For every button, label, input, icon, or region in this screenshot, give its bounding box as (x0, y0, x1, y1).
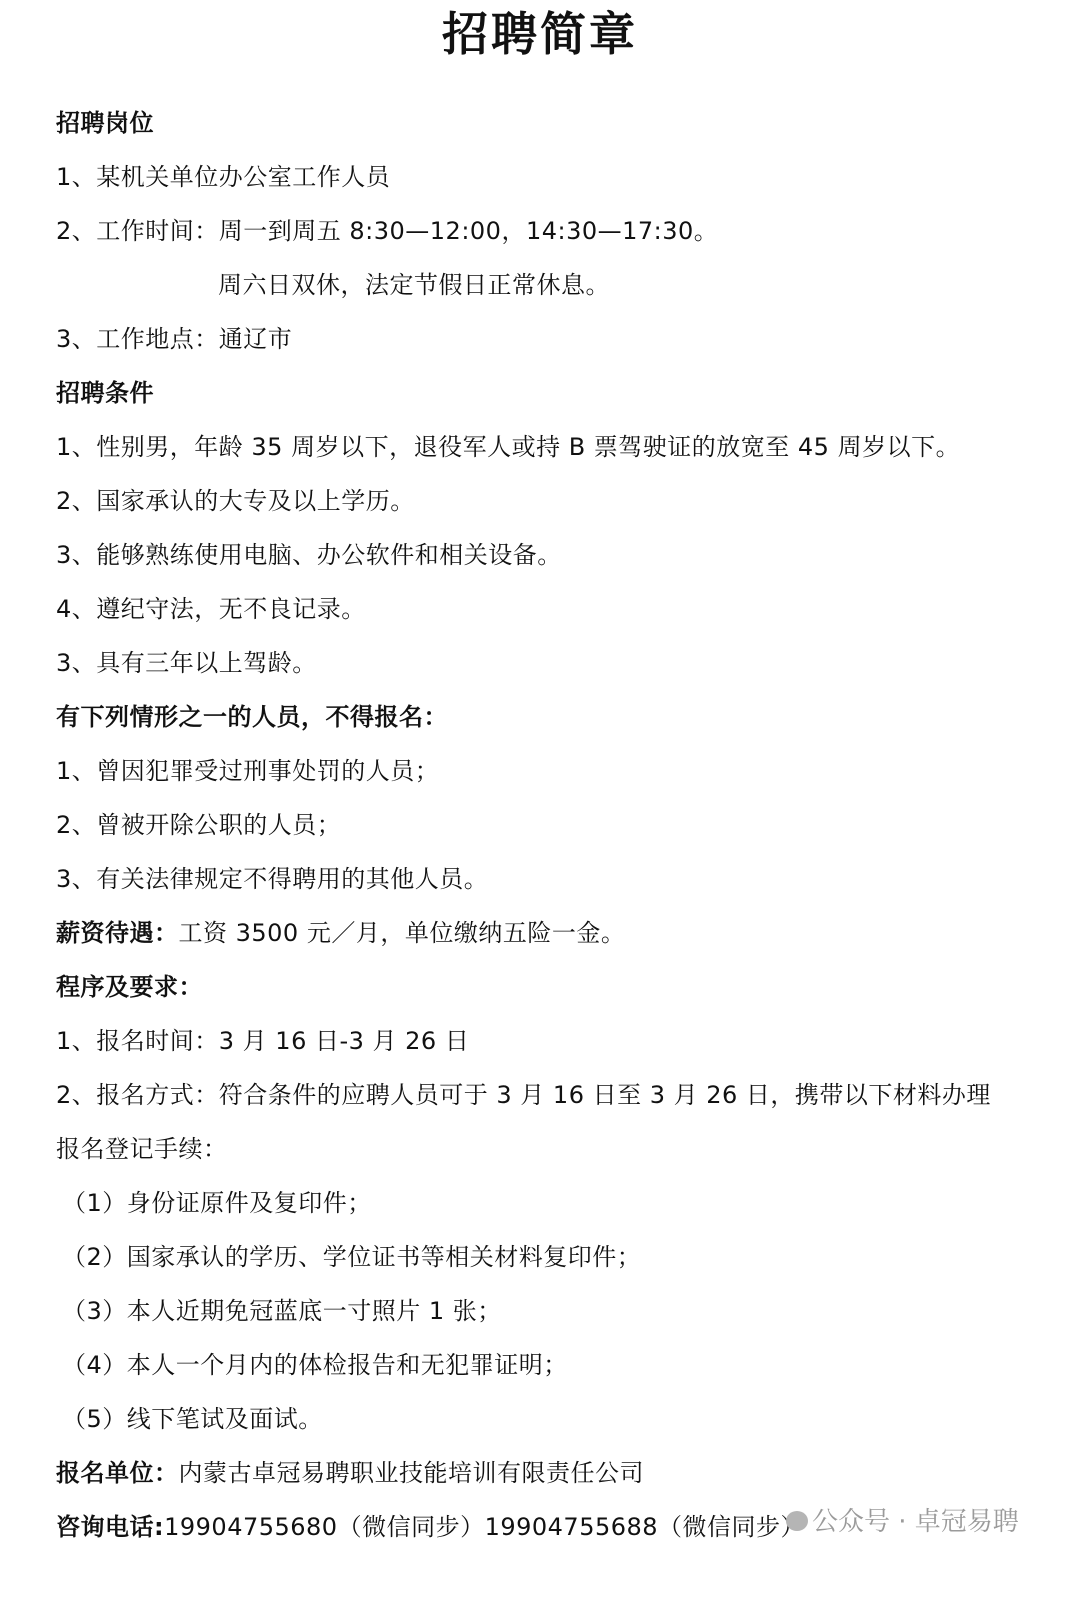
salary-label: 薪资待遇： (56, 919, 179, 947)
contact-label: 咨询电话: (56, 1513, 164, 1541)
procedure-item: 1、报名时间：3 月 16 日-3 月 26 日 (56, 1024, 469, 1058)
procedure-item: 2、报名方式：符合条件的应聘人员可于 3 月 16 日至 3 月 26 日，携带… (56, 1078, 991, 1112)
section-heading-requirements: 招聘条件 (56, 376, 154, 410)
exclusion-item: 3、有关法律规定不得聘用的其他人员。 (56, 862, 488, 896)
exclusion-item: 2、曾被开除公职的人员； (56, 808, 341, 842)
material-item: （2）国家承认的学历、学位证书等相关材料复印件； (62, 1240, 641, 1274)
requirement-item: 1、性别男，年龄 35 周岁以下，退役军人或持 B 票驾驶证的放宽至 45 周岁… (56, 430, 960, 464)
contact-row: 咨询电话:19904755680（微信同步）19904755688（微信同步） (56, 1510, 805, 1544)
material-item: （1）身份证原件及复印件； (62, 1186, 372, 1220)
procedure-item: 报名登记手续： (56, 1132, 228, 1166)
salary-value: 工资 3500 元／月，单位缴纳五险一金。 (179, 919, 626, 947)
section-heading-positions: 招聘岗位 (56, 106, 154, 140)
watermark: 公众号 · 卓冠易聘 (786, 1505, 1019, 1539)
requirement-item: 3、能够熟练使用电脑、办公软件和相关设备。 (56, 538, 562, 572)
position-item: 周六日双休，法定节假日正常休息。 (218, 268, 610, 302)
material-item: （4）本人一个月内的体检报告和无犯罪证明； (62, 1348, 568, 1382)
material-item: （3）本人近期免冠蓝底一寸照片 1 张； (62, 1294, 502, 1328)
requirement-item: 3、具有三年以上驾龄。 (56, 646, 317, 680)
page-title: 招聘简章 (0, 2, 1080, 66)
position-item: 3、工作地点：通辽市 (56, 322, 292, 356)
material-item: （5）线下笔试及面试。 (62, 1402, 323, 1436)
organizer-row: 报名单位：内蒙古卓冠易聘职业技能培训有限责任公司 (56, 1456, 644, 1490)
watermark-text: 公众号 · 卓冠易聘 (812, 1507, 1019, 1537)
requirement-item: 2、国家承认的大专及以上学历。 (56, 484, 415, 518)
contact-value: 19904755680（微信同步）19904755688（微信同步） (164, 1513, 805, 1541)
salary-row: 薪资待遇：工资 3500 元／月，单位缴纳五险一金。 (56, 916, 625, 950)
position-item: 2、工作时间：周一到周五 8:30—12:00，14:30—17:30。 (56, 214, 718, 248)
organizer-value: 内蒙古卓冠易聘职业技能培训有限责任公司 (179, 1459, 645, 1487)
section-heading-procedure: 程序及要求： (56, 970, 203, 1004)
exclusion-item: 1、曾因犯罪受过刑事处罚的人员； (56, 754, 439, 788)
organizer-label: 报名单位： (56, 1459, 179, 1487)
requirement-item: 4、遵纪守法，无不良记录。 (56, 592, 366, 626)
section-heading-exclusions: 有下列情形之一的人员，不得报名： (56, 700, 448, 734)
wechat-icon (786, 1511, 808, 1531)
position-item: 1、某机关单位办公室工作人员 (56, 160, 390, 194)
